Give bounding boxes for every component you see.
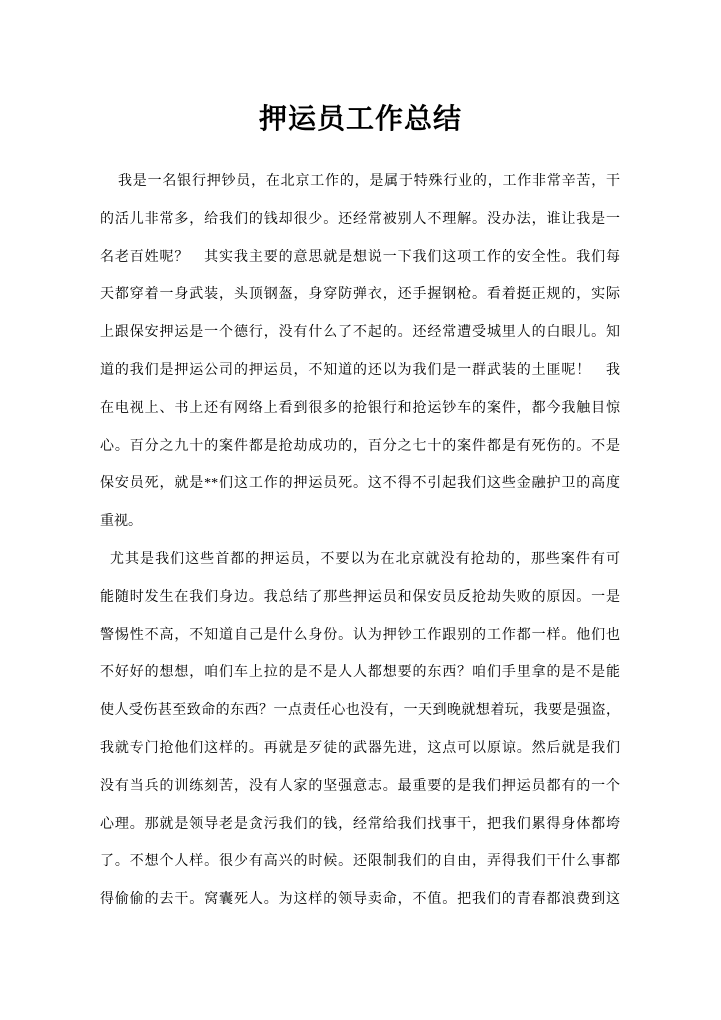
paragraph: 我是一名银行押钞员，在北京工作的，是属于特殊行业的，工作非常辛苦，干 的活儿非常… (100, 163, 620, 541)
text-line: 的活儿非常多，给我们的钱却很少。还经常被别人不理解。没办法，谁让我是一 (100, 201, 620, 239)
document-title: 押运员工作总结 (0, 103, 721, 137)
text-line: 在电视上、书上还有网络上看到很多的抢银行和抢运钞车的案件，都今我触目惊 (100, 390, 620, 428)
text-line: 道的我们是押运公司的押运员，不知道的还以为我们是一群武装的土匪呢！ 我 (100, 352, 620, 390)
text-line: 了。不想个人样。很少有高兴的时候。还限制我们的自由，弄得我们干什么事都 (100, 843, 620, 881)
text-line: 名老百姓呢？ 其实我主要的意思就是想说一下我们这项工作的安全性。我们每 (100, 239, 620, 277)
text-line: 我是一名银行押钞员，在北京工作的，是属于特殊行业的，工作非常辛苦，干 (100, 163, 620, 201)
text-line: 警惕性不高，不知道自己是什么身份。认为押钞工作跟别的工作都一样。他们也 (100, 617, 620, 655)
text-line: 重视。 (100, 503, 620, 541)
document-page: 押运员工作总结 我是一名银行押钞员，在北京工作的，是属于特殊行业的，工作非常辛苦… (0, 0, 721, 1020)
paragraph: 尤其是我们这些首都的押运员，不要以为在北京就没有抢劫的，那些案件有可 能随时发生… (100, 541, 620, 919)
text-line: 我就专门抢他们这样的。再就是歹徒的武器先进，这点可以原谅。然后就是我们 (100, 730, 620, 768)
document-body: 我是一名银行押钞员，在北京工作的，是属于特殊行业的，工作非常辛苦，干 的活儿非常… (100, 163, 620, 919)
text-line: 尤其是我们这些首都的押运员，不要以为在北京就没有抢劫的，那些案件有可 (100, 541, 620, 579)
text-line: 保安员死，就是**们这工作的押运员死。这不得不引起我们这些金融护卫的高度 (100, 465, 620, 503)
text-line: 上跟保安押运是一个德行，没有什么了不起的。还经常遭受城里人的白眼儿。知 (100, 314, 620, 352)
text-line: 能随时发生在我们身边。我总结了那些押运员和保安员反抢劫失败的原因。一是 (100, 579, 620, 617)
text-line: 使人受伤甚至致命的东西？一点责任心也没有，一天到晚就想着玩，我要是强盗， (100, 692, 620, 730)
text-line: 没有当兵的训练刻苦，没有人家的坚强意志。最重要的是我们押运员都有的一个 (100, 768, 620, 806)
text-line: 心。百分之九十的案件都是抢劫成功的，百分之七十的案件都是有死伤的。不是 (100, 428, 620, 466)
text-line: 得偷偷的去干。窝囊死人。为这样的领导卖命，不值。把我们的青春都浪费到这 (100, 881, 620, 919)
text-line: 天都穿着一身武装，头顶钢盔，身穿防弹衣，还手握钢枪。看着挺正规的，实际 (100, 276, 620, 314)
text-line: 心理。那就是领导老是贪污我们的钱，经常给我们找事干，把我们累得身体都垮 (100, 806, 620, 844)
text-line: 不好好的想想，咱们车上拉的是不是人人都想要的东西？咱们手里拿的是不是能 (100, 654, 620, 692)
